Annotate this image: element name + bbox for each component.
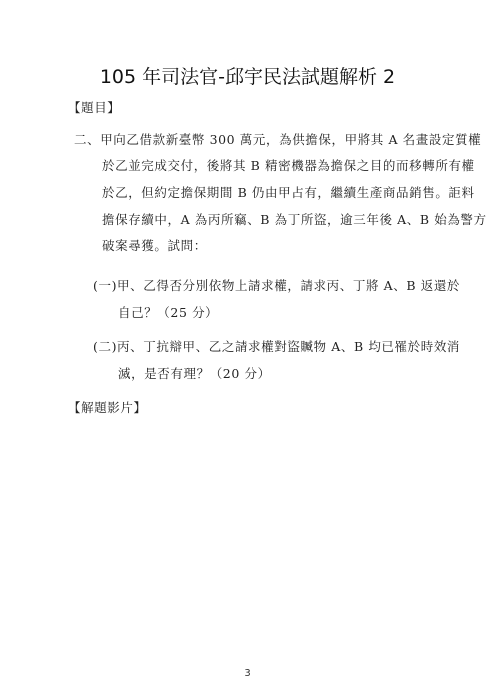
section-heading-question: 【題目】 (68, 98, 120, 116)
question-line-1: 二、甲向乙借款新臺幣 300 萬元，為供擔保，甲將其 A 名畫設定質權 (74, 130, 481, 148)
question-line-3: 於乙，但約定擔保期間 B 仍由甲占有，繼續生產商品銷售。詎料 (102, 183, 475, 201)
sub-question-1-line-2: 自己？（25 分） (118, 303, 218, 321)
sub-question-2-line-1: (二)丙、丁抗辯甲、乙之請求權對盜贓物 A、B 均已罹於時效消 (93, 337, 460, 355)
sub-question-2-line-2: 滅，是否有理？（20 分） (118, 364, 271, 382)
question-line-2: 於乙並完成交付，後將其 B 精密機器為擔保之目的而移轉所有權 (102, 156, 475, 174)
page-number: 3 (0, 668, 495, 679)
document-title: 105 年司法官-邱宇民法試題解析 2 (0, 62, 495, 89)
section-heading-video: 【解題影片】 (68, 398, 147, 416)
question-line-4: 擔保存續中，A 為丙所竊、B 為丁所盜，逾三年後 A、B 始為警方 (102, 210, 487, 228)
question-line-5: 破案尋獲。試問： (102, 236, 207, 254)
sub-question-1-line-1: (一)甲、乙得否分別依物上請求權，請求丙、丁將 A、B 返還於 (93, 276, 460, 294)
